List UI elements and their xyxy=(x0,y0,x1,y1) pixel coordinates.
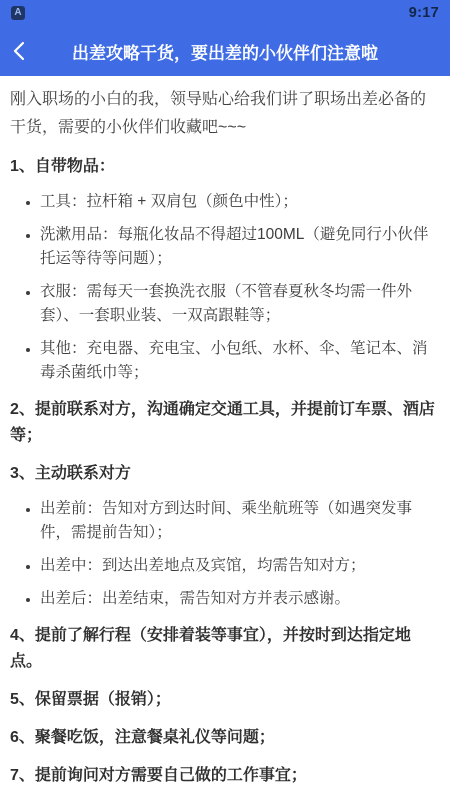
section-heading-1: 1、自带物品： xyxy=(10,154,440,180)
back-chevron-icon xyxy=(12,41,25,61)
phone-screen: A 9:17 出差攻略干货，要出差的小伙伴们注意啦 刚入职场的小白的我，领导贴心… xyxy=(0,0,450,800)
bullet-list-contact-steps: 出差前：告知对方到达时间、乘坐航班等（如遇突发事件，需提前告知）； 出差中：到达… xyxy=(10,497,440,611)
intro-paragraph: 刚入职场的小白的我，领导贴心给我们讲了职场出差必备的干货，需要的小伙伴们收藏吧~… xyxy=(10,86,440,142)
nav-header: 出差攻略干货，要出差的小伙伴们注意啦 xyxy=(0,26,450,76)
section-heading-2: 2、提前联系对方，沟通确定交通工具，并提前订车票、酒店等； xyxy=(10,397,440,449)
app-notification-icon: A xyxy=(11,6,25,20)
list-item: 其他：充电器、充电宝、小包纸、水杯、伞、笔记本、消毒杀菌纸巾等； xyxy=(40,337,440,385)
list-item: 衣服：需每天一套换洗衣服（不管春夏秋冬均需一件外套）、一套职业装、一双高跟鞋等； xyxy=(40,280,440,328)
list-item: 洗漱用品：每瓶化妆品不得超过100ML（避免同行小伙伴托运等待等问题）； xyxy=(40,223,440,271)
section-heading-6: 6、聚餐吃饭，注意餐桌礼仪等问题； xyxy=(10,725,440,751)
list-item: 出差后：出差结束，需告知对方并表示感谢。 xyxy=(40,587,440,611)
bullet-list-bring-items: 工具：拉杆箱 + 双肩包（颜色中性）； 洗漱用品：每瓶化妆品不得超过100ML（… xyxy=(10,190,440,385)
section-heading-7: 7、提前询问对方需要自己做的工作事宜； xyxy=(10,763,440,789)
status-clock: 9:17 xyxy=(409,5,439,21)
section-heading-5: 5、保留票据（报销）； xyxy=(10,687,440,713)
list-item: 出差前：告知对方到达时间、乘坐航班等（如遇突发事件，需提前告知）； xyxy=(40,497,440,545)
list-item: 出差中：到达出差地点及宾馆，均需告知对方； xyxy=(40,554,440,578)
list-item: 工具：拉杆箱 + 双肩包（颜色中性）； xyxy=(40,190,440,214)
page-title: 出差攻略干货，要出差的小伙伴们注意啦 xyxy=(40,39,410,64)
back-button[interactable] xyxy=(12,35,40,67)
section-heading-3: 3、主动联系对方 xyxy=(10,461,440,487)
status-bar: A 9:17 xyxy=(0,0,450,26)
article-scroll-area[interactable]: 刚入职场的小白的我，领导贴心给我们讲了职场出差必备的干货，需要的小伙伴们收藏吧~… xyxy=(0,76,450,800)
section-heading-4: 4、提前了解行程（安排着装等事宜），并按时到达指定地点。 xyxy=(10,623,440,675)
